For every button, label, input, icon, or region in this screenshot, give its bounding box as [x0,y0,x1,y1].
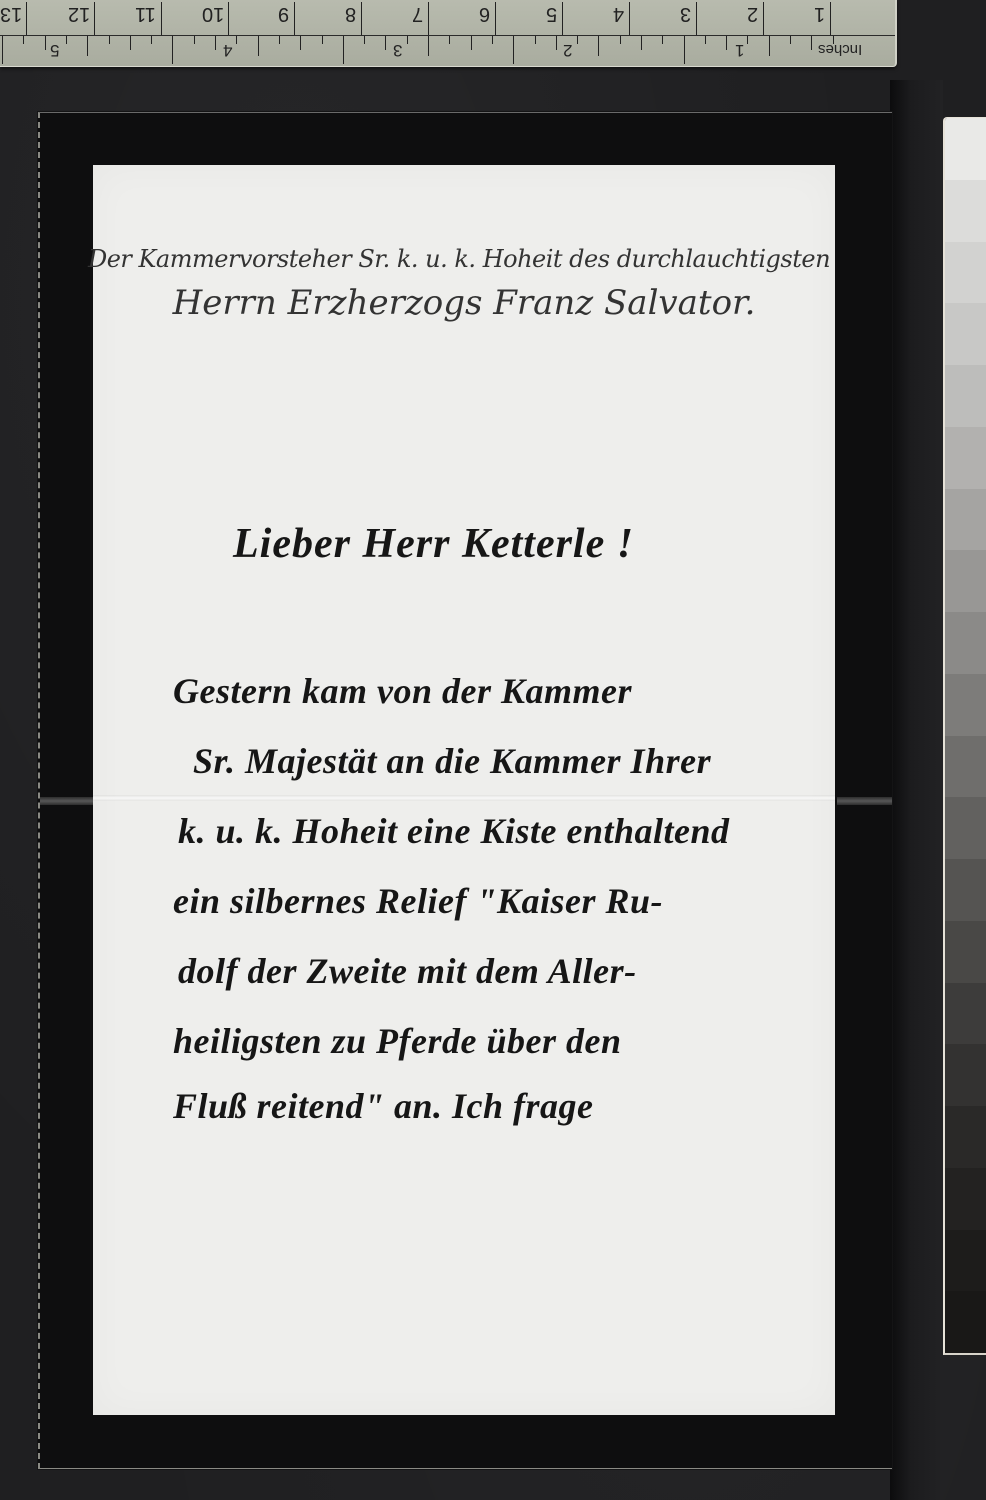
ruler-inch-tick [684,36,685,64]
ruler-inch-label: 3 [393,42,402,59]
ruler-inch-tick [258,36,259,56]
ruler-inch-tick [428,36,429,56]
ruler-inch-tick [492,36,493,44]
ruler-cm-label: 1 [814,4,825,24]
ruler-inch-tick [151,36,152,44]
gray-patch [945,736,986,798]
ruler-inch-tick [471,36,472,50]
gray-patch [945,118,986,180]
gray-patch [945,1291,986,1353]
gray-patch [945,303,986,365]
ruler-inch-tick [66,36,67,44]
ruler-inch-tick [279,36,280,44]
ruler-inch-tick [407,36,408,44]
ruler-cm-label: 13 [0,4,22,24]
ruler-cm-tick [562,2,563,35]
ruler-inch-tick [620,36,621,44]
ruler-cm-label: 5 [546,4,557,24]
gray-patch [945,427,986,489]
ruler-cm-tick [228,2,229,35]
gray-patch [945,489,986,551]
gray-patch [945,1044,986,1106]
ruler-cm-label: 12 [68,4,90,24]
gray-patch [945,612,986,674]
ruler-inch-label: 2 [563,42,572,59]
ruler-inch-tick [23,36,24,44]
ruler-inch-tick [236,36,237,44]
ruler-inch-tick [790,36,791,44]
ruler-cm-tick [294,2,295,35]
ruler-inch-label: 5 [50,42,59,59]
ruler-cm-tick [830,2,831,35]
body-line: Sr. Majestät an die Kammer Ihrer [193,740,835,782]
ruler-cm-label: 3 [680,4,691,24]
gray-patch [945,1168,986,1230]
ruler-inch-tick [343,36,344,64]
ruler-inch-tick [364,36,365,44]
ruler-inch-tick [535,36,536,44]
ruler-inch-label: 4 [223,42,232,59]
letterhead: Der Kammervorsteher Sr. k. u. k. Hoheit … [93,245,835,323]
ruler-cm-tick [763,2,764,35]
ruler-inch-tick [726,36,727,50]
ruler-inch-tick [705,36,706,44]
ruler-inch-tick [641,36,642,50]
ruler-cm-label: 4 [613,4,624,24]
ruler-inch-tick [769,36,770,56]
ruler-cm-tick [26,2,27,35]
ruler-cm-label: 6 [479,4,490,24]
ruler-inch-tick [215,36,216,50]
ruler-inch-tick [109,36,110,44]
ruler-cm-label: 10 [202,4,224,24]
ruler-cm-label: 2 [747,4,758,24]
ruler-inch-tick [2,36,3,64]
gray-patch [945,180,986,242]
body-line: ein silbernes Relief "Kaiser Ru- [173,880,835,922]
salutation: Lieber Herr Ketterle ! [233,520,835,568]
ruler-inch-tick [385,36,386,50]
gray-patch [945,921,986,983]
ruler-unit-label: Inches [818,42,862,57]
ruler-inch-tick [87,36,88,56]
ruler-inch-tick [194,36,195,44]
body-line: heiligsten zu Pferde über den [173,1020,835,1062]
ruler-inch-tick [577,36,578,44]
ruler-inch-tick [45,36,46,50]
fold-crease-left [40,797,95,805]
paper-fold-line [93,795,835,801]
ruler-cm-label: 8 [345,4,356,24]
ruler-cm-tick [495,2,496,35]
ruler-midline [0,35,895,36]
ruler-cm-tick [629,2,630,35]
mount-edge [890,80,943,1500]
gray-patch [945,1106,986,1168]
ruler-inch-tick [322,36,323,44]
letter-paper: Der Kammervorsteher Sr. k. u. k. Hoheit … [93,165,835,1415]
gray-patch [945,1230,986,1292]
body-line: k. u. k. Hoheit eine Kiste enthaltend [178,810,835,852]
ruler-inch-tick [300,36,301,50]
ruler-inch-tick [130,36,131,50]
gray-patch [945,983,986,1045]
measurement-ruler: 13121110987654321 54321 Inches [0,0,897,67]
gray-patch [945,550,986,612]
ruler-inch-tick [172,36,173,64]
ruler-inch-tick [556,36,557,50]
gray-patch [945,859,986,921]
gray-patch [945,674,986,736]
ruler-inch-tick [747,36,748,44]
ruler-inch-tick [513,36,514,64]
ruler-cm-tick [361,2,362,35]
fold-crease-right [837,797,892,805]
ruler-cm-tick [94,2,95,35]
ruler-inch-label: 1 [735,42,744,59]
body-line: Fluß reitend" an. Ich frage [173,1085,835,1127]
ruler-cm-tick [696,2,697,35]
letterhead-line-1: Der Kammervorsteher Sr. k. u. k. Hoheit … [83,245,835,273]
ruler-cm-label: 7 [412,4,423,24]
ruler-inch-tick [811,36,812,50]
ruler-inch-tick [662,36,663,44]
body-line: dolf der Zweite mit dem Aller- [178,950,835,992]
ruler-cm-tick [428,2,429,35]
ruler-cm-label: 9 [278,4,289,24]
letterhead-line-2: Herrn Erzherzogs Franz Salvator. [93,283,835,323]
gray-scale-target [943,117,986,1355]
body-line: Gestern kam von der Kammer [173,670,835,712]
ruler-inch-tick [598,36,599,56]
gray-patch [945,797,986,859]
gray-patch [945,365,986,427]
ruler-inch-tick [449,36,450,44]
ruler-cm-label: 11 [135,4,156,24]
ruler-cm-tick [161,2,162,35]
gray-patch [945,242,986,304]
